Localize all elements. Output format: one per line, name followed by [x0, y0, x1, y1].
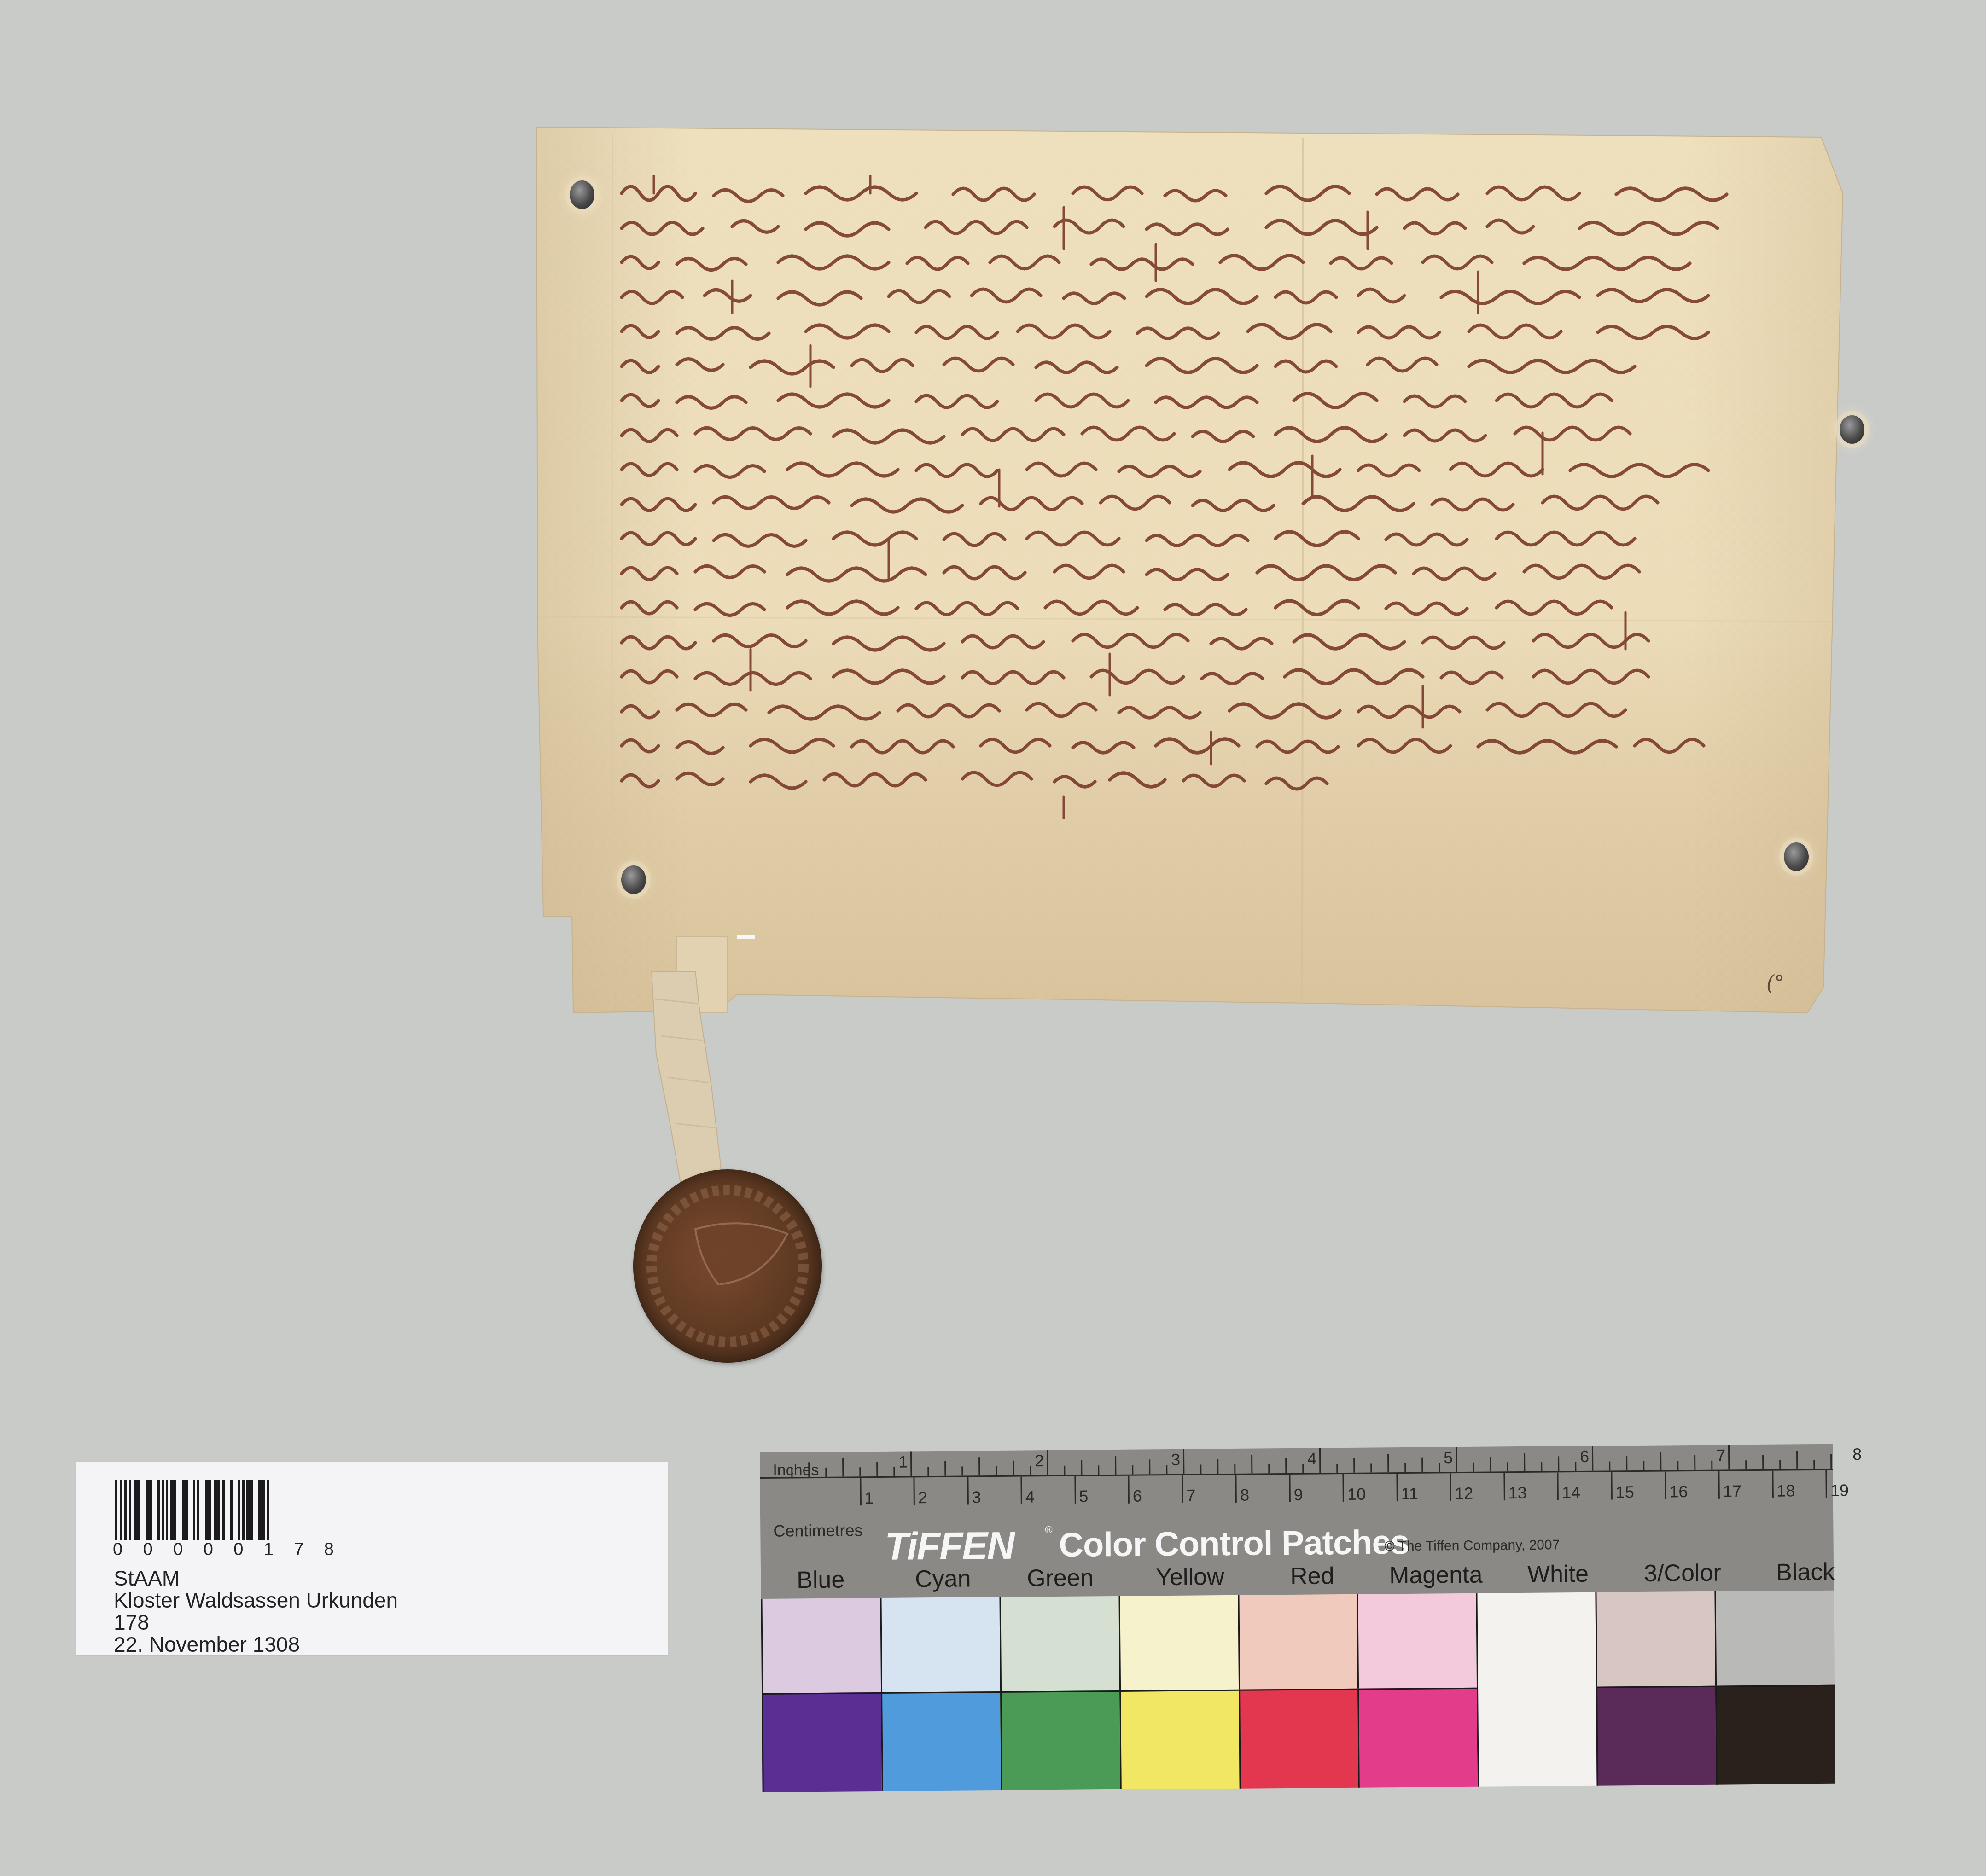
inch-tick	[842, 1458, 844, 1477]
chart-title: Color Control Patches	[1059, 1522, 1409, 1564]
inch-tick	[1285, 1458, 1287, 1473]
inch-tick	[1353, 1458, 1355, 1473]
inch-number: 6	[1580, 1447, 1589, 1466]
inch-tick	[1030, 1466, 1031, 1475]
cm-tick	[1074, 1476, 1076, 1504]
document-number: 178	[114, 1612, 149, 1633]
inch-tick	[825, 1468, 827, 1477]
patch-blue-light	[761, 1598, 880, 1693]
patch-3color-light	[1596, 1591, 1715, 1687]
inch-tick	[978, 1457, 980, 1475]
barcode-digit: 0	[173, 1540, 183, 1560]
mounting-pin-icon	[570, 180, 594, 209]
cm-number: 2	[918, 1488, 927, 1507]
cm-number: 18	[1776, 1481, 1795, 1500]
inch-tick	[1183, 1449, 1184, 1474]
inch-tick	[1507, 1462, 1508, 1471]
inch-tick	[1728, 1445, 1730, 1469]
cm-number: 16	[1669, 1482, 1688, 1501]
patch-label-red: Red	[1290, 1562, 1334, 1590]
inch-tick	[1319, 1448, 1321, 1473]
mounting-pin-icon	[621, 865, 646, 894]
inch-tick	[1336, 1464, 1338, 1473]
cm-number: 5	[1079, 1487, 1088, 1506]
mounting-pin-icon	[1784, 842, 1809, 871]
inch-tick	[1762, 1455, 1764, 1469]
inch-tick	[893, 1467, 895, 1476]
cm-tick	[1772, 1471, 1773, 1498]
inch-tick	[1234, 1464, 1235, 1474]
inch-number: 5	[1444, 1448, 1453, 1467]
inch-tick	[1830, 1454, 1832, 1469]
inch-tick	[1200, 1464, 1201, 1474]
cm-tick	[1665, 1472, 1666, 1499]
cm-tick	[1021, 1477, 1022, 1504]
inch-number: 4	[1307, 1449, 1316, 1469]
cm-tick	[1826, 1470, 1827, 1498]
cm-tick	[1128, 1476, 1130, 1504]
tiffen-logo: TiFFEN	[885, 1523, 1014, 1569]
cm-number: 6	[1133, 1486, 1142, 1505]
inch-tick	[1081, 1460, 1082, 1475]
patch-label-cyan: Cyan	[915, 1565, 971, 1593]
barcode	[115, 1480, 269, 1540]
patch-green-light	[999, 1596, 1119, 1691]
patch-red-light	[1238, 1594, 1357, 1690]
patch-label-magenta: Magenta	[1389, 1561, 1483, 1590]
inch-tick	[1132, 1465, 1133, 1475]
inch-tick	[1404, 1463, 1406, 1472]
cm-tick	[1235, 1475, 1237, 1503]
inch-tick	[1302, 1464, 1304, 1473]
inch-tick	[1251, 1455, 1252, 1474]
cm-number: 3	[972, 1487, 981, 1507]
inch-tick	[1166, 1465, 1167, 1474]
patch-label-3color: 3/Color	[1644, 1559, 1721, 1587]
barcode-digit: 0	[143, 1540, 153, 1560]
cm-number: 1	[864, 1488, 874, 1508]
inch-tick	[1541, 1462, 1542, 1471]
inch-tick	[1592, 1446, 1593, 1471]
inch-tick	[1217, 1459, 1218, 1474]
inch-tick	[1677, 1461, 1678, 1470]
inch-tick	[1490, 1457, 1491, 1472]
patch-label-blue: Blue	[797, 1566, 845, 1594]
ruler-strip: Inches Centimetres 123456781234567891011…	[760, 1444, 1834, 1600]
inch-tick	[1064, 1466, 1065, 1475]
color-patches	[761, 1591, 1835, 1792]
inch-tick	[1047, 1450, 1048, 1475]
inch-tick	[1609, 1461, 1610, 1470]
inch-tick	[1643, 1461, 1644, 1470]
cm-tick	[860, 1478, 861, 1505]
barcode-digit: 7	[294, 1540, 303, 1560]
archival-note-mark: (°	[1766, 971, 1784, 995]
barcode-digit: 8	[324, 1540, 334, 1560]
inch-tick	[1473, 1463, 1474, 1472]
cm-tick	[913, 1477, 914, 1505]
patch-green-dark	[1000, 1690, 1120, 1790]
inch-tick	[961, 1467, 963, 1476]
cm-tick	[1289, 1475, 1290, 1502]
patch-blue-dark	[762, 1692, 882, 1792]
inch-tick	[1694, 1455, 1695, 1470]
mounting-pin-icon	[1840, 415, 1864, 444]
inch-tick	[791, 1468, 792, 1477]
patch-label-yellow: Yellow	[1156, 1563, 1224, 1591]
patch-black-light	[1715, 1591, 1835, 1686]
cm-number: 7	[1186, 1486, 1195, 1505]
inch-tick	[1149, 1459, 1150, 1474]
inch-tick	[996, 1466, 997, 1475]
inch-tick	[1456, 1447, 1457, 1472]
charter-parchment: (°	[0, 0, 1986, 1059]
inch-tick	[1268, 1464, 1270, 1473]
cm-number: 9	[1293, 1485, 1303, 1504]
inch-tick	[1779, 1460, 1781, 1469]
registered-mark: ®	[1045, 1524, 1052, 1536]
patch-yellow-light	[1118, 1595, 1238, 1690]
inch-number: 8	[1852, 1445, 1862, 1464]
inch-tick	[1387, 1454, 1389, 1472]
cm-number: 12	[1455, 1484, 1473, 1503]
cm-number: 13	[1508, 1483, 1527, 1503]
inch-number: 3	[1171, 1450, 1180, 1469]
inch-tick	[1796, 1451, 1798, 1469]
inch-tick	[1626, 1456, 1627, 1470]
handwritten-text-block	[612, 175, 1837, 819]
patch-cyan-light	[880, 1597, 1000, 1692]
inch-tick	[1745, 1460, 1747, 1469]
barcode-digit: 1	[264, 1540, 274, 1560]
barcode-digit: 0	[233, 1540, 243, 1560]
cm-tick	[1503, 1473, 1505, 1500]
cm-tick	[1396, 1474, 1398, 1501]
inch-number: 2	[1035, 1451, 1044, 1470]
inch-tick	[927, 1467, 929, 1476]
cm-number: 4	[1025, 1487, 1035, 1506]
inch-tick	[1013, 1461, 1014, 1475]
cm-number: 19	[1830, 1481, 1849, 1500]
cm-number: 17	[1723, 1481, 1741, 1501]
inch-number: 1	[898, 1452, 908, 1471]
copyright-notice: © The Tiffen Company, 2007	[1385, 1537, 1560, 1554]
inch-tick	[1439, 1463, 1440, 1472]
inch-tick	[1524, 1453, 1525, 1471]
inch-tick	[1370, 1464, 1372, 1473]
inch-tick	[944, 1461, 946, 1476]
barcode-digits: 0 0 0 0 0 1 7 8	[113, 1540, 334, 1560]
collection-name: Kloster Waldsassen Urkunden	[114, 1590, 398, 1611]
inch-tick	[876, 1462, 878, 1476]
patch-label-white: White	[1527, 1560, 1589, 1588]
patch-cyan-dark	[881, 1691, 1001, 1791]
inch-tick	[1421, 1458, 1423, 1472]
patch-label-black: Black	[1776, 1558, 1835, 1586]
cm-tick	[1557, 1472, 1559, 1500]
barcode-digit: 0	[113, 1540, 122, 1560]
cm-number: 14	[1562, 1483, 1580, 1502]
document-date: 22. November 1308	[114, 1634, 300, 1655]
cm-number: 8	[1240, 1486, 1249, 1505]
cm-tick	[1450, 1473, 1451, 1501]
barcode-digit: 0	[204, 1540, 213, 1560]
inch-tick	[1660, 1452, 1661, 1470]
patch-red-dark	[1239, 1689, 1359, 1789]
cm-tick	[1343, 1474, 1344, 1502]
patch-black-dark	[1715, 1685, 1835, 1785]
cm-tick	[1611, 1472, 1612, 1499]
patch-magenta-dark	[1358, 1688, 1478, 1788]
inch-tick	[1558, 1456, 1559, 1471]
cm-number: 10	[1347, 1485, 1366, 1504]
seal-legend-ring	[633, 1169, 822, 1363]
archive-name: StAAM	[114, 1568, 180, 1589]
inch-tick	[1813, 1460, 1815, 1469]
inch-tick	[859, 1467, 861, 1476]
inch-tick	[910, 1451, 912, 1476]
inch-number: 7	[1716, 1446, 1725, 1465]
patch-yellow-dark	[1119, 1690, 1240, 1789]
inch-tick	[1711, 1461, 1712, 1470]
patch-white-light	[1476, 1592, 1597, 1787]
catalog-label: 0 0 0 0 0 1 7 8 StAAM Kloster Waldsassen…	[76, 1462, 668, 1655]
cm-number: 15	[1616, 1482, 1634, 1502]
inch-tick	[808, 1462, 810, 1477]
ruler-ticks: 1234567812345678910111213141516171819	[760, 1444, 1833, 1526]
patch-magenta-light	[1357, 1593, 1477, 1689]
cm-tick	[1182, 1475, 1183, 1503]
cm-tick	[1718, 1471, 1719, 1499]
inch-tick	[1575, 1462, 1576, 1471]
patch-3color-dark	[1596, 1686, 1716, 1786]
inch-tick	[1098, 1465, 1099, 1475]
inch-tick	[1115, 1456, 1116, 1475]
tiffen-color-chart: Inches Centimetres 123456781234567891011…	[760, 1444, 1835, 1793]
patch-label-green: Green	[1027, 1564, 1094, 1592]
cm-number: 11	[1401, 1484, 1418, 1504]
cm-tick	[967, 1477, 968, 1504]
